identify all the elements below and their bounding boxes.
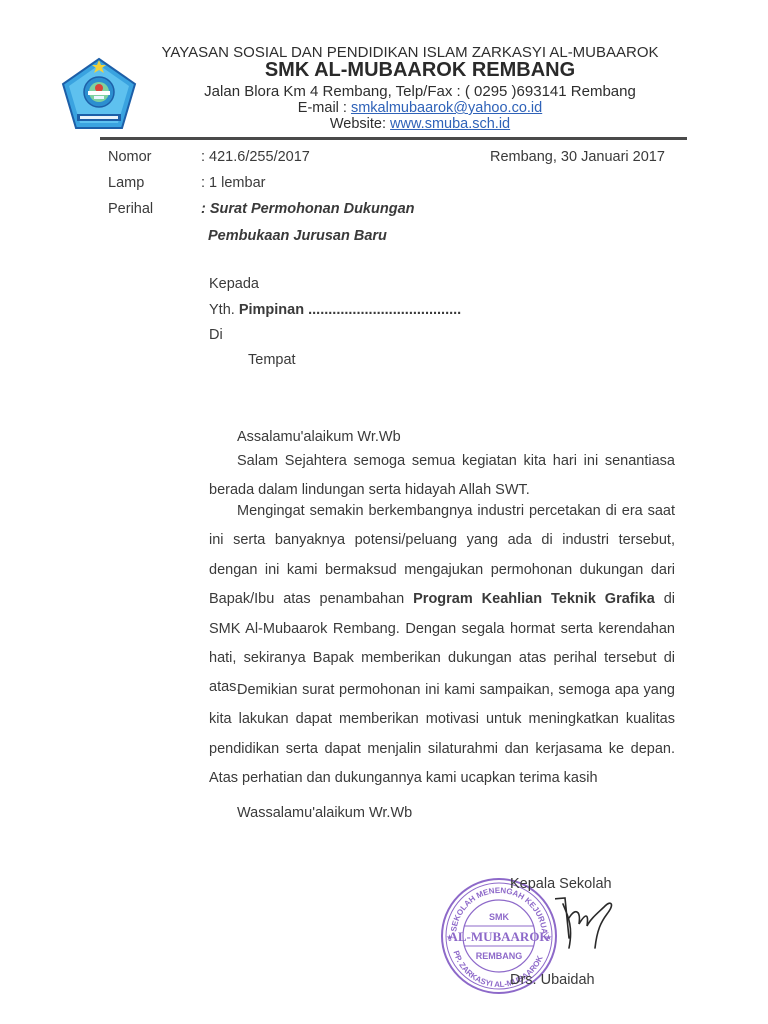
recipient-pimpinan: Pimpinan ...............................… — [239, 302, 461, 318]
signatory-name: Drs. Ubaidah — [510, 972, 595, 988]
svg-text:SMK: SMK — [489, 912, 510, 922]
closing-salutation: Wassalamu'alaikum Wr.Wb — [237, 805, 412, 821]
nomor-value: : 421.6/255/2017 — [201, 149, 310, 165]
recipient-kepada: Kepada — [209, 276, 259, 292]
school-address: Jalan Blora Km 4 Rembang, Telp/Fax : ( 0… — [140, 83, 700, 100]
signatory-title: Kepala Sekolah — [510, 876, 612, 892]
handwritten-signature-icon — [555, 888, 625, 958]
svg-text:AL-MUBAAROK: AL-MUBAAROK — [448, 929, 550, 944]
email-link[interactable]: smkalmubaarok@yahoo.co.id — [351, 100, 542, 116]
recipient-tempat: Tempat — [248, 352, 296, 368]
perihal-value-line1: : Surat Permohonan Dukungan — [201, 201, 415, 217]
perihal-label: Perihal — [108, 201, 153, 217]
recipient-yth-label: Yth. — [209, 302, 239, 318]
lamp-value: : 1 lembar — [201, 175, 265, 191]
email-label: E-mail : — [298, 100, 351, 116]
recipient-di: Di — [209, 327, 223, 343]
school-name: SMK AL-MUBAAROK REMBANG — [140, 59, 700, 82]
email-line: E-mail : smkalmubaarok@yahoo.co.id — [140, 100, 700, 116]
program-name: Program Keahlian Teknik Grafika — [413, 591, 655, 607]
svg-text:REMBANG: REMBANG — [476, 951, 523, 961]
perihal-value-line2: Pembukaan Jurusan Baru — [208, 228, 387, 244]
salutation: Assalamu'alaikum Wr.Wb — [237, 429, 401, 445]
letterhead-divider — [100, 137, 687, 140]
paragraph-closing: Demikian surat permohonan ini kami sampa… — [209, 676, 675, 794]
paragraph-request: Mengingat semakin berkembangnya industri… — [209, 497, 675, 703]
recipient-yth: Yth. Pimpinan ..........................… — [209, 302, 461, 318]
letter-date: Rembang, 30 Januari 2017 — [490, 149, 665, 165]
website-line: Website: www.smuba.sch.id — [140, 116, 700, 132]
school-crest-icon — [60, 56, 138, 132]
lamp-label: Lamp — [108, 175, 144, 191]
website-label: Website: — [330, 116, 390, 132]
website-link[interactable]: www.smuba.sch.id — [390, 116, 510, 132]
nomor-label: Nomor — [108, 149, 152, 165]
